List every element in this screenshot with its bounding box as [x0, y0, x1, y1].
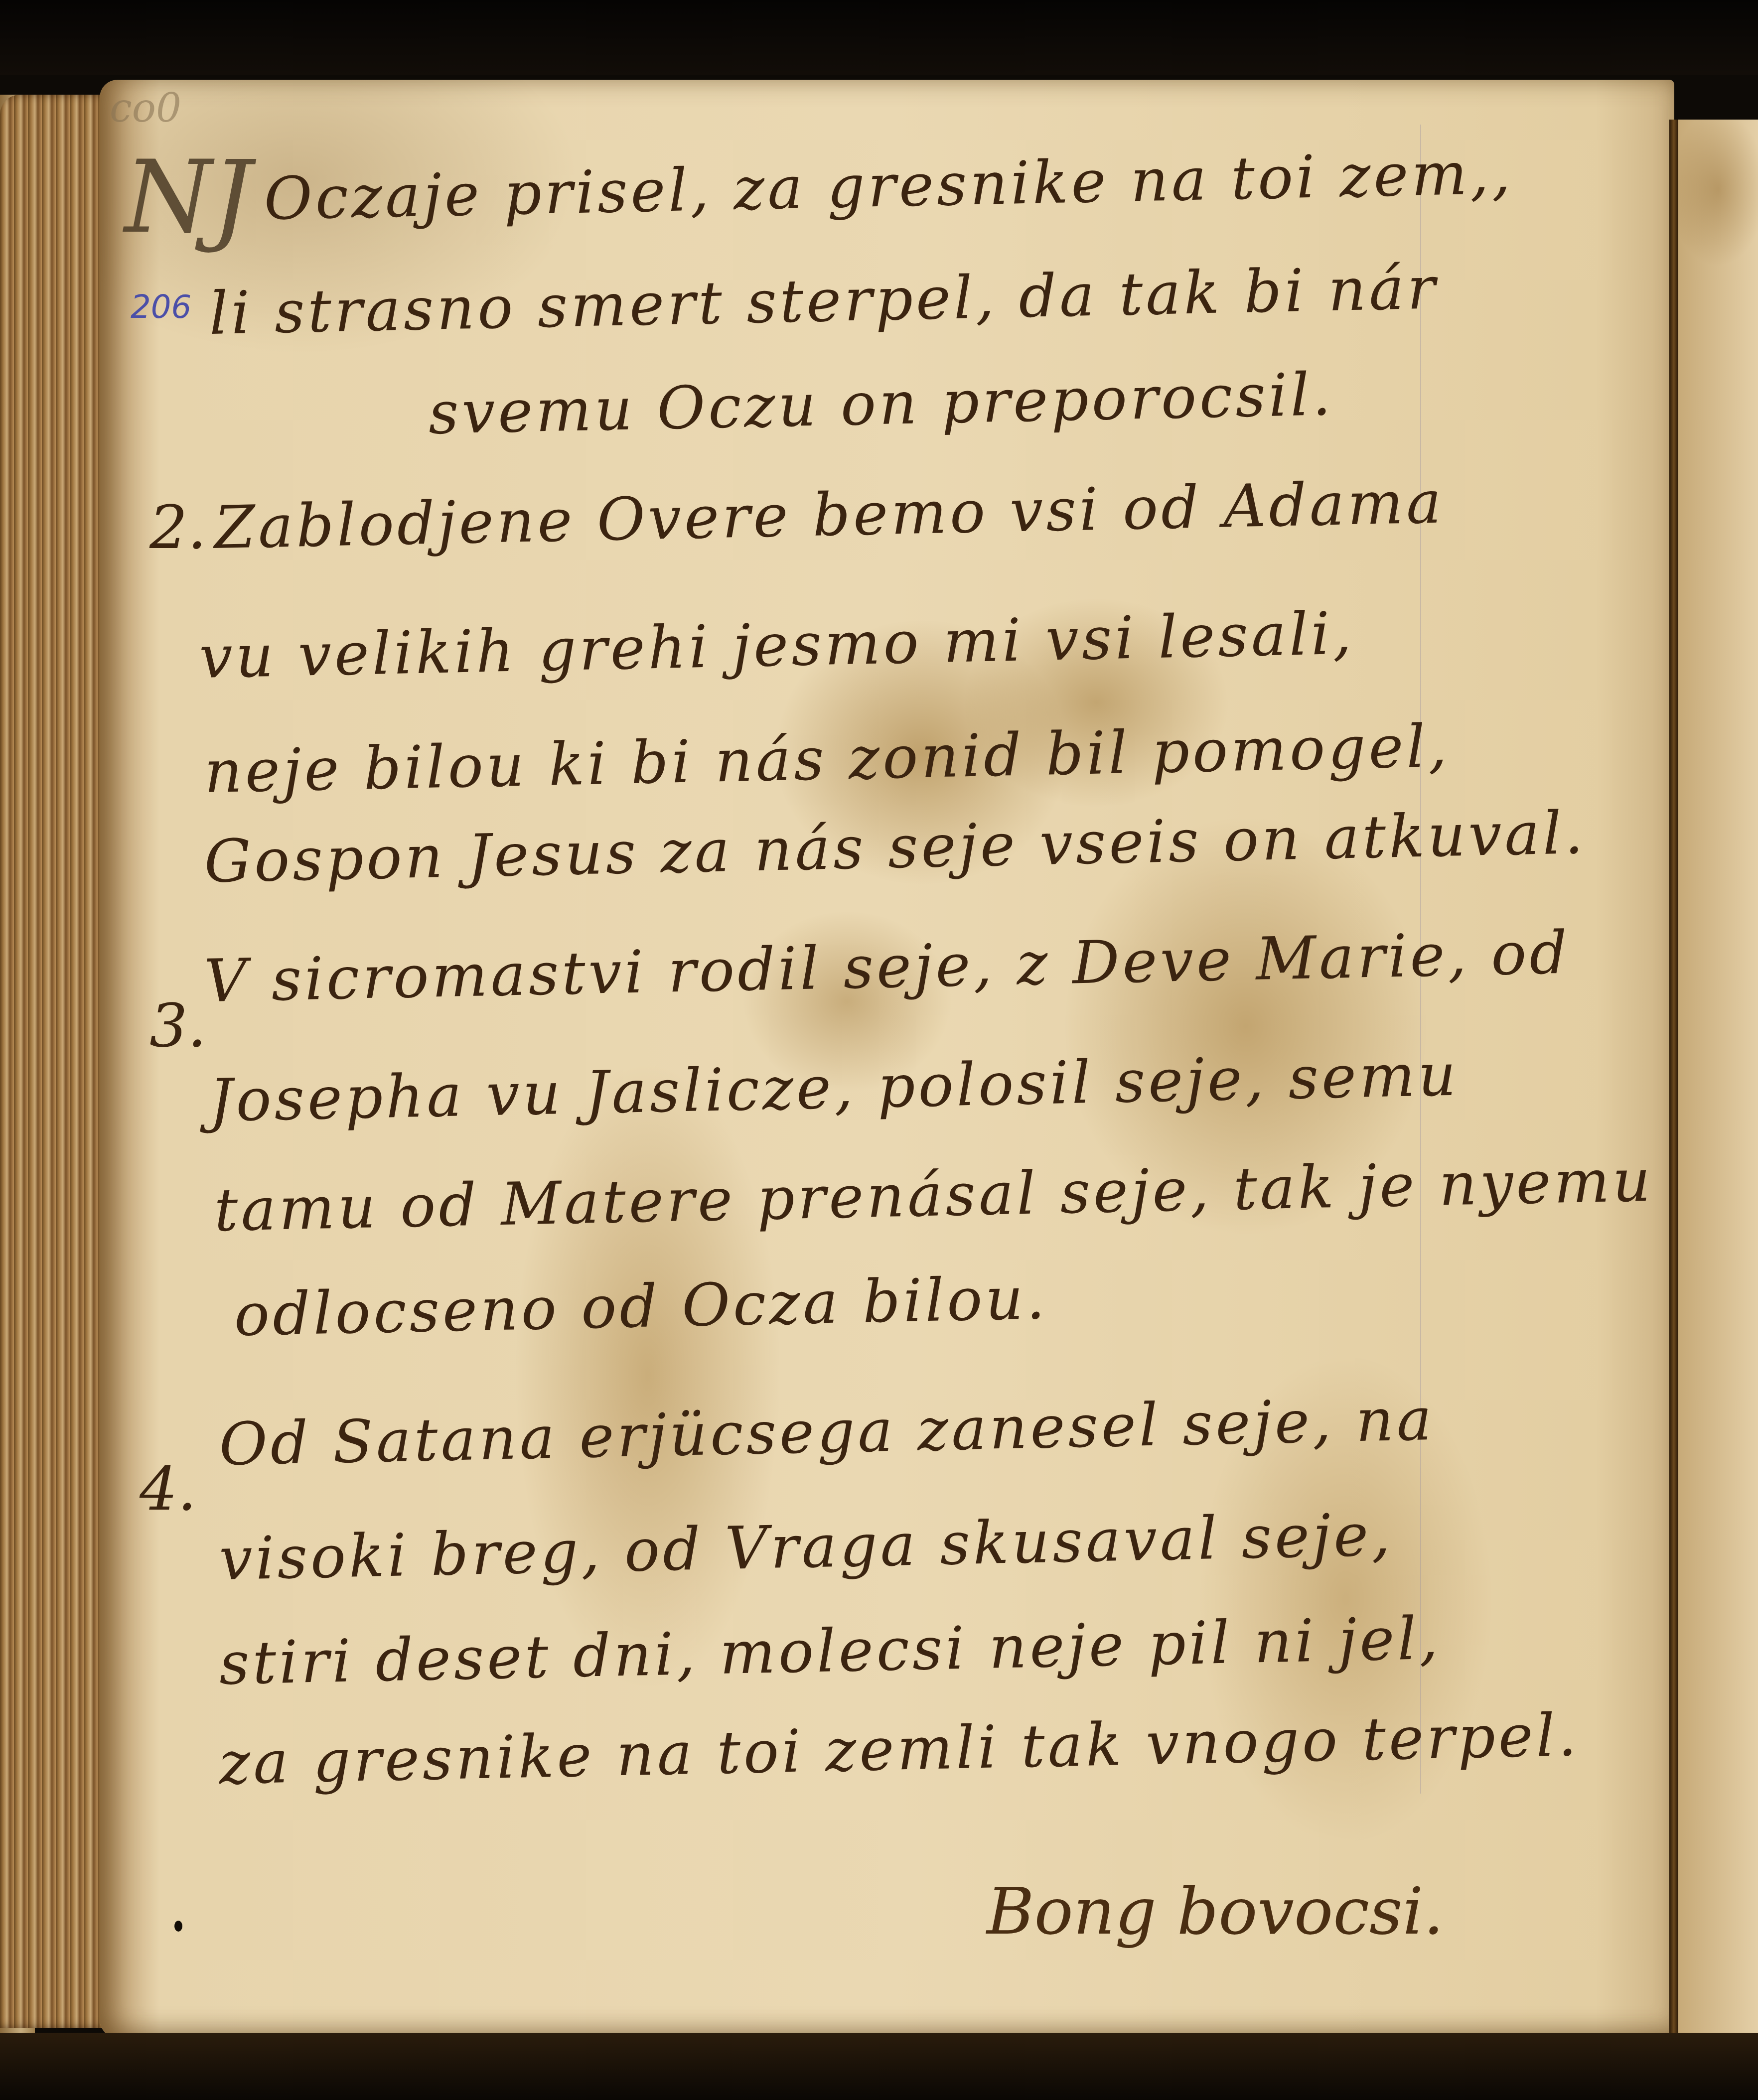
- verse-number-3: 3.: [149, 991, 207, 1061]
- verse-number-4: 4.: [140, 1455, 197, 1524]
- book-gutter: [1669, 120, 1678, 2043]
- dark-background-top: [0, 0, 1758, 75]
- verse-number-2: 2.: [149, 493, 207, 562]
- folio-number: 206: [131, 289, 191, 326]
- paper-wormhole: [174, 1921, 182, 1932]
- dark-background-bottom: [0, 2033, 1758, 2100]
- facing-page-edge: [1678, 120, 1758, 2043]
- closing-signature: Bong bovocsi.: [987, 1873, 1444, 1949]
- margin-monogram: NJ: [125, 140, 252, 256]
- manuscript-scan: co0 NJ 206 Oczaje prisel, za gresnike na…: [0, 0, 1758, 2100]
- faint-margin-mark: co0: [110, 85, 181, 131]
